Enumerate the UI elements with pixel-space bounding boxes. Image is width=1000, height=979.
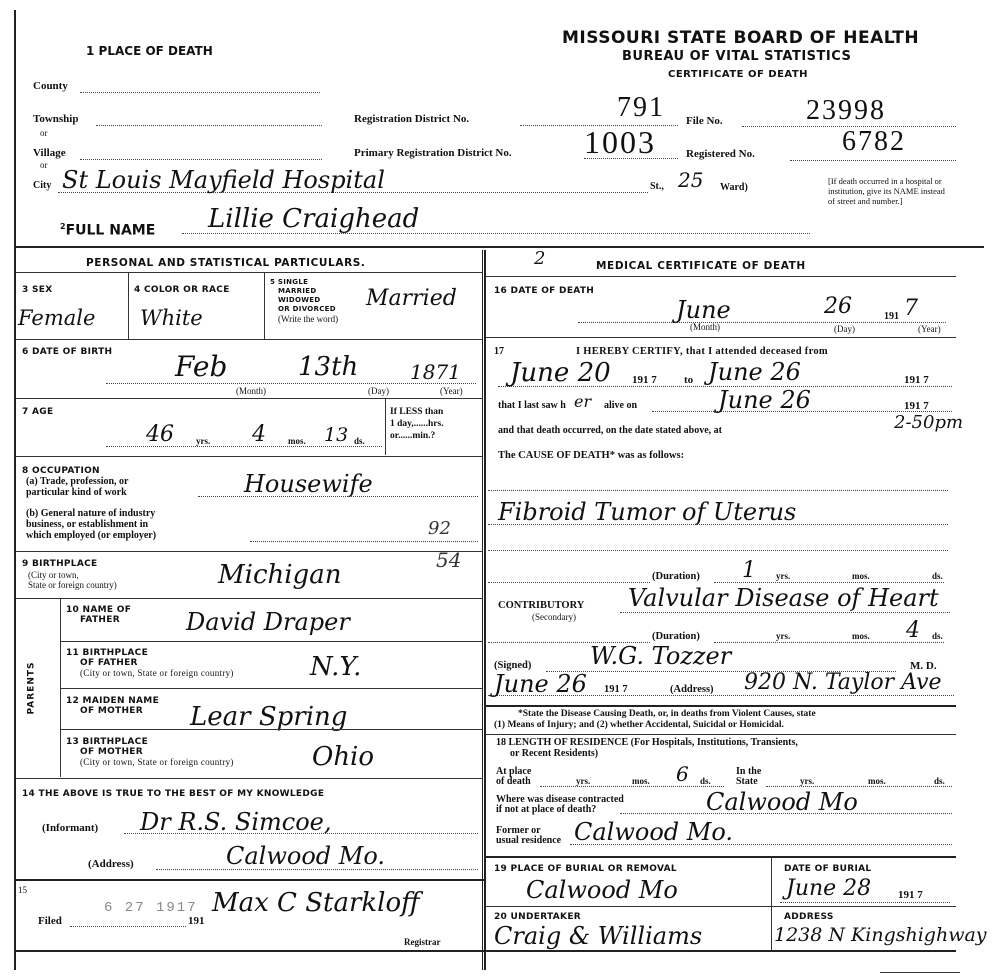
full-name-label: 2FULL NAME <box>60 222 155 239</box>
marital-status-value[interactable]: Married <box>366 286 457 311</box>
left-border <box>14 10 16 970</box>
signed-year[interactable]: 191 7 <box>604 684 628 695</box>
dod-day[interactable]: 26 <box>824 294 852 319</box>
township-field[interactable] <box>96 125 322 126</box>
race-value[interactable]: White <box>140 306 203 330</box>
dob-month-caption: (Month) <box>236 386 266 396</box>
center-divider <box>484 250 486 970</box>
contributory-label: CONTRIBUTORY <box>498 600 584 611</box>
burial-place-label: 19 PLACE OF BURIAL OR REMOVAL <box>494 864 677 874</box>
village-field[interactable] <box>80 159 322 160</box>
burial-date-line <box>780 902 950 903</box>
cause-line-3 <box>488 550 948 551</box>
age-ds-label: ds. <box>354 436 365 446</box>
county-label: County <box>33 80 68 92</box>
informant-address-value[interactable]: Calwood Mo. <box>226 842 385 870</box>
burial-year[interactable]: 191 7 <box>898 889 923 901</box>
duration-label-1: (Duration) <box>652 571 700 582</box>
dod-year[interactable]: 7 <box>904 296 918 321</box>
dod-day-caption: (Day) <box>834 324 855 334</box>
contributory-value[interactable]: Valvular Disease of Heart <box>628 584 939 612</box>
sex-race-divider <box>128 273 129 339</box>
row-rule-4 <box>16 551 482 552</box>
med-rule-3 <box>486 734 956 735</box>
mother-name-label: 12 MAIDEN NAME OF MOTHER <box>66 696 159 716</box>
age-mos-label: mos. <box>288 436 306 446</box>
certify-statement: I HEREBY CERTIFY, that I attended deceas… <box>576 346 828 357</box>
cause-of-death-label: The CAUSE OF DEATH* was as follows: <box>498 450 684 461</box>
row-rule-8 <box>61 729 482 730</box>
occupation-value[interactable]: Housewife <box>244 470 373 498</box>
occupation-b-line[interactable] <box>250 541 478 542</box>
birthplace-margin-code: 54 <box>436 548 461 572</box>
dod-year-prefix: 191 <box>884 311 899 322</box>
personal-heading: PERSONAL AND STATISTICAL PARTICULARS. <box>86 257 366 269</box>
right-bottom-rule <box>486 950 956 952</box>
in-state-ds-label: ds. <box>934 776 945 786</box>
informant-value[interactable]: Dr R.S. Simcoe, <box>140 808 331 836</box>
dod-month[interactable]: June <box>676 296 731 324</box>
county-field[interactable] <box>80 92 320 93</box>
date-of-death-label: 16 DATE OF DEATH <box>494 286 594 296</box>
cause-line-1 <box>488 490 948 491</box>
personal-heading-rule <box>16 272 482 273</box>
registrar-label: Registrar <box>404 937 440 947</box>
filed-label: Filed <box>38 915 62 927</box>
filed-date-line <box>70 926 186 927</box>
ward-value[interactable]: 25 <box>678 168 703 192</box>
village-label: Village <box>33 147 66 159</box>
occupation-b-margin-code: 92 <box>428 518 451 539</box>
last-saw-date[interactable]: June 26 <box>718 386 811 414</box>
file-no-label: File No. <box>686 115 723 127</box>
race-label: 4 COLOR OR RACE <box>134 285 230 295</box>
row-rule-7 <box>61 688 482 689</box>
registration-district-label: Registration District No. <box>354 113 469 125</box>
duration1-ds-label: ds. <box>932 571 943 581</box>
registered-no-label: Registered No. <box>686 148 755 160</box>
duration2-days[interactable]: 4 <box>906 618 920 643</box>
date-of-birth-label: 6 DATE OF BIRTH <box>22 347 112 357</box>
registered-no[interactable]: 6782 <box>842 126 906 158</box>
primary-registration-no[interactable]: 1003 <box>584 124 656 161</box>
death-certificate: MISSOURI STATE BOARD OF HEALTH BUREAU OF… <box>0 0 1000 979</box>
row-rule-10 <box>14 879 484 881</box>
row-rule-2 <box>16 398 482 399</box>
last-saw-year[interactable]: 191 7 <box>904 400 929 412</box>
duration1-mos-label: mos. <box>852 571 870 581</box>
certificate-type: CERTIFICATE OF DEATH <box>668 69 808 80</box>
secondary-label: (Secondary) <box>532 612 576 622</box>
residence-label: 18 LENGTH OF RESIDENCE (For Hospitals, I… <box>496 737 798 759</box>
township-label: Township <box>33 113 78 125</box>
undertaker-label: 20 UNDERTAKER <box>494 912 581 922</box>
undertaker-value[interactable]: Craig & Williams <box>494 922 702 950</box>
at-place-label: At place of death <box>496 767 531 787</box>
in-state-yrs-label: yrs. <box>800 776 814 786</box>
duration1-lead <box>488 582 650 583</box>
med-rule-4 <box>486 856 956 858</box>
medical-heading-rule <box>486 276 956 277</box>
attended-from-year[interactable]: 191 7 <box>632 374 657 386</box>
race-marital-divider <box>264 273 265 339</box>
header-bottom-rule <box>14 246 984 248</box>
informant-label: (Informant) <box>42 822 98 834</box>
mother-birthplace-label: 13 BIRTHPLACE OF MOTHER (City or town, S… <box>66 737 234 767</box>
duration2-ds-label: ds. <box>932 631 943 641</box>
birthplace-label: 9 BIRTHPLACE <box>22 559 97 569</box>
at-place-line <box>540 786 724 787</box>
city-label: City <box>33 180 51 191</box>
at-place-yrs-label: yrs. <box>576 776 590 786</box>
former-residence-value[interactable]: Calwood Mo. <box>574 818 733 846</box>
at-place-ds-label: ds. <box>700 776 711 786</box>
father-birthplace-value[interactable]: N.Y. <box>310 652 361 682</box>
at-place-mos-label: mos. <box>632 776 650 786</box>
age-years[interactable]: 46 <box>146 422 174 447</box>
physician-address[interactable]: 920 N. Taylor Ave <box>744 670 942 695</box>
filed-date-stamp[interactable]: 6 27 1917 <box>104 900 198 916</box>
hospital-note: [If death occurred in a hospital or inst… <box>828 176 952 206</box>
registration-district-no[interactable]: 791 <box>617 92 665 124</box>
contracted-value[interactable]: Calwood Mo <box>706 788 858 816</box>
knowledge-statement: 14 THE ABOVE IS TRUE TO THE BEST OF MY K… <box>22 789 324 799</box>
left-bottom-rule <box>14 950 484 952</box>
occupation-a-label: (a) Trade, profession, or particular kin… <box>26 476 129 498</box>
attended-to-year[interactable]: 191 7 <box>904 374 929 386</box>
marital-status-label: 5 SINGLE MARRIED WIDOWED OR DIVORCED (Wr… <box>270 278 338 324</box>
duration1-years[interactable]: 1 <box>742 558 756 583</box>
med-rule-2 <box>486 705 956 707</box>
row-rule-6 <box>61 641 482 642</box>
primary-registration-label: Primary Registration District No. <box>354 147 512 159</box>
in-state-line <box>766 786 952 787</box>
in-state-mos-label: mos. <box>868 776 886 786</box>
occupation-b-label: (b) General nature of industry business,… <box>26 508 156 541</box>
row-rule-1 <box>16 339 482 340</box>
occupation-label: 8 OCCUPATION <box>22 466 100 476</box>
burial-place-value[interactable]: Calwood Mo <box>526 876 678 904</box>
ward-label: Ward) <box>720 182 748 193</box>
burial-date-label: DATE OF BURIAL <box>784 864 871 874</box>
informant-address-label: (Address) <box>88 858 134 870</box>
age-days[interactable]: 13 <box>324 424 348 446</box>
birthplace-sub-label: (City or town, State or foreign country) <box>28 570 117 590</box>
sex-value[interactable]: Female <box>18 306 95 330</box>
physician-signature: W.G. Tozzer <box>590 642 731 670</box>
death-occurred-statement: and that death occurred, on the date sta… <box>498 425 722 436</box>
registrar-signature: Max C Starkloff <box>212 888 420 918</box>
undertaker-address-label: ADDRESS <box>784 912 834 922</box>
attended-from-date[interactable]: June 20 <box>510 358 611 388</box>
certify-number: 17 <box>494 346 504 357</box>
mother-birthplace-value[interactable]: Ohio <box>312 742 374 772</box>
duration1-yrs-label: yrs. <box>776 571 790 581</box>
birthplace-value[interactable]: Michigan <box>218 560 341 590</box>
row-rule-9 <box>16 778 482 779</box>
dob-day-caption: (Day) <box>368 386 389 396</box>
dob-month[interactable]: Feb <box>175 350 227 383</box>
duration2-mos-label: mos. <box>852 631 870 641</box>
to-label: to <box>684 374 693 386</box>
mother-name-value[interactable]: Lear Spring <box>190 702 347 732</box>
or-label-1: or <box>40 128 48 138</box>
dod-year-caption: (Year) <box>918 324 941 334</box>
contracted-label: Where was disease contracted if not at p… <box>496 795 624 815</box>
dob-day[interactable]: 13th <box>298 352 358 382</box>
less-than-day-label: If LESS than 1 day,......hrs. or......mi… <box>390 406 444 442</box>
last-saw-pronoun[interactable]: er <box>574 392 591 411</box>
med-rule-1 <box>486 337 956 338</box>
sex-label: 3 SEX <box>22 285 52 295</box>
parents-label: PARENTS <box>26 662 36 715</box>
burial-date-value[interactable]: June 28 <box>786 876 871 901</box>
med-rule-5 <box>486 906 956 907</box>
footnote: *State the Disease Causing Death, or, in… <box>494 709 816 731</box>
row-rule-5 <box>16 598 482 599</box>
dob-year-caption: (Year) <box>440 386 463 396</box>
physician-address-label: (Address) <box>670 684 714 695</box>
filed-year-prefix: 191 <box>188 915 205 927</box>
or-label-2: or <box>40 160 48 170</box>
city-value[interactable]: St Louis Mayfield Hospital <box>62 166 385 194</box>
center-divider-inner <box>482 250 483 970</box>
burial-divider <box>771 858 772 950</box>
full-name-value[interactable]: Lillie Craighead <box>208 204 419 234</box>
undertaker-address-value[interactable]: 1238 N Kingshighway <box>774 924 987 946</box>
page-mark: 2 <box>534 248 545 269</box>
in-state-label: In the State <box>736 767 761 787</box>
former-residence-label: Former or usual residence <box>496 826 561 846</box>
last-saw-label: that I last saw h <box>498 400 566 411</box>
row-rule-3 <box>16 456 482 457</box>
registered-no-line <box>790 160 956 161</box>
time-of-death[interactable]: 2-50pm <box>894 412 963 433</box>
attended-to-date[interactable]: June 26 <box>708 358 801 386</box>
dod-line <box>578 322 946 323</box>
signed-date[interactable]: June 26 <box>494 670 587 698</box>
age-months[interactable]: 4 <box>252 422 266 447</box>
filed-number: 15 <box>18 885 27 895</box>
father-birthplace-label: 11 BIRTHPLACE OF FATHER (City or town, S… <box>66 648 234 678</box>
at-place-days[interactable]: 6 <box>676 762 689 786</box>
contributory-line <box>620 612 950 613</box>
duration2-yrs-label: yrs. <box>776 631 790 641</box>
cause-of-death-value[interactable]: Fibroid Tumor of Uterus <box>498 498 796 526</box>
father-name-value[interactable]: David Draper <box>186 608 350 636</box>
bureau-subtitle: BUREAU OF VITAL STATISTICS <box>622 49 851 64</box>
board-title: MISSOURI STATE BOARD OF HEALTH <box>562 28 919 48</box>
age-label: 7 AGE <box>22 407 53 417</box>
father-name-label: 10 NAME OF FATHER <box>66 605 131 625</box>
age-yrs-label: yrs. <box>196 436 210 446</box>
dod-month-caption: (Month) <box>690 322 720 332</box>
duration-label-2: (Duration) <box>652 631 700 642</box>
place-of-death-heading: 1 PLACE OF DEATH <box>86 44 213 58</box>
street-label: St., <box>650 181 664 192</box>
corner-mark <box>880 972 960 973</box>
dob-year[interactable]: 1871 <box>410 360 461 384</box>
file-no[interactable]: 23998 <box>806 95 886 127</box>
age-less-divider <box>385 399 386 455</box>
alive-on-label: alive on <box>604 400 637 411</box>
medical-heading: MEDICAL CERTIFICATE OF DEATH <box>596 260 806 272</box>
